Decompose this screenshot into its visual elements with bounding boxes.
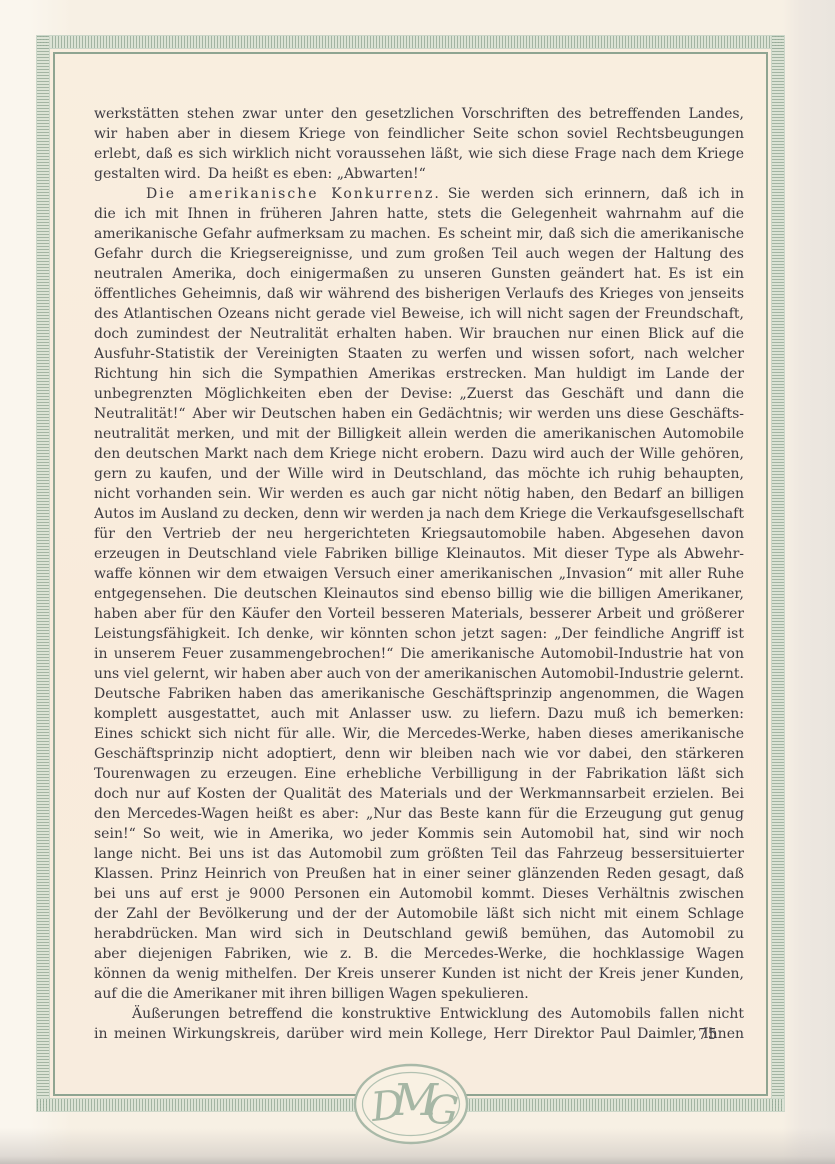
text-line: den Mercedes-Wagen heißt es aber: „Nur d… — [94, 804, 744, 824]
text-line: nicht vorhanden sein. Wir werden es auch… — [94, 484, 744, 504]
text-line: können da wenig mithelfen. Der Kreis uns… — [94, 964, 744, 984]
border-band-top — [36, 35, 785, 49]
dmg-monogram-oval: D M G — [352, 1063, 470, 1145]
text-line: die ich mit Ihnen in früheren Jahren hat… — [94, 204, 744, 224]
page-text: werkstätten stehen zwar unter den gesetz… — [94, 104, 744, 1044]
dmg-monogram: D M G — [352, 1063, 470, 1145]
text-line: gestalten wird. Da heißt es eben: „Abwar… — [94, 164, 744, 184]
text-line: der Zahl der Bevölkerung und der der Aut… — [94, 904, 744, 924]
text-line: aber diejenigen Fabriken, wie z. B. die … — [94, 944, 744, 964]
text-line: Die amerikanische Konkurrenz. Sie werden… — [94, 184, 744, 204]
text-line: erlebt, daß es sich wirklich nicht vorau… — [94, 144, 744, 164]
border-band-left — [36, 35, 50, 1112]
border-band-right — [771, 35, 785, 1112]
text-line: doch zumindest der Neutralität erhalten … — [94, 324, 744, 344]
text-line: haben aber für den Käufer den Vorteil be… — [94, 604, 744, 624]
text-line: in meinen Wirkungskreis, darüber wird me… — [94, 1024, 744, 1044]
text-line: auf die die Amerikaner mit ihren billige… — [94, 984, 744, 1004]
text-line: den deutschen Markt nach dem Kriege nich… — [94, 444, 744, 464]
page-number: 75 — [698, 1027, 717, 1043]
text-line: amerikanische Gefahr aufmerksam zu mache… — [94, 224, 744, 244]
text-line: erzeugen in Deutschland viele Fabriken b… — [94, 544, 744, 564]
text-line: doch nur auf Kosten der Qualität des Mat… — [94, 784, 744, 804]
text-line: wir haben aber in diesem Kriege von fein… — [94, 124, 744, 144]
text-line: Äußerungen betreffend die konstruktive E… — [94, 1004, 744, 1024]
text-line: Tourenwagen zu erzeugen. Eine erhebliche… — [94, 764, 744, 784]
text-line: Richtung hin sich die Sympathien Amerika… — [94, 364, 744, 384]
text-line: uns viel gelernt, wir haben aber auch vo… — [94, 664, 744, 684]
text-line: Autos im Ausland zu decken, denn wir wer… — [94, 504, 744, 524]
text-line: Gefahr durch die Kriegsereignisse, und z… — [94, 244, 744, 264]
text-line: sein!“ So weit, wie in Amerika, wo jeder… — [94, 824, 744, 844]
monogram-letter-g: G — [424, 1086, 460, 1135]
text-line: Eines schickt sich nicht für alle. Wir, … — [94, 724, 744, 744]
text-line: neutralen Amerika, doch einigermaßen zu … — [94, 264, 744, 284]
text-line: waffe können wir dem etwaigen Versuch ei… — [94, 564, 744, 584]
text-line: öffentliches Geheimnis, daß wir während … — [94, 284, 744, 304]
text-line: Ausfuhr-Statistik der Vereinigten Staate… — [94, 344, 744, 364]
text-line: lange nicht. Bei uns ist das Automobil z… — [94, 844, 744, 864]
scanned-book-page: werkstätten stehen zwar unter den gesetz… — [0, 0, 835, 1164]
text-line: komplett ausgestattet, auch mit Anlasser… — [94, 704, 744, 724]
text-line: in unserem Feuer zusammengebrochen!“ Die… — [94, 644, 744, 664]
text-line: werkstätten stehen zwar unter den gesetz… — [94, 104, 744, 124]
text-line: Neutralität!“ Aber wir Deutschen haben e… — [94, 404, 744, 424]
text-line: entgegensehen. Die deutschen Kleinautos … — [94, 584, 744, 604]
text-line: herabdrücken. Man wird sich in Deutschla… — [94, 924, 744, 944]
text-line: Deutsche Fabriken haben das amerikanisch… — [94, 684, 744, 704]
text-line: Leistungsfähigkeit. Ich denke, wir könnt… — [94, 624, 744, 644]
text-line: neutralität merken, und mit der Billigke… — [94, 424, 744, 444]
text-line: bei uns auf erst je 9000 Personen ein Au… — [94, 884, 744, 904]
paragraph-lead: Die amerikanische Konkurrenz. — [146, 186, 441, 202]
text-line: unbegrenzten Möglichkeiten eben der Devi… — [94, 384, 744, 404]
text-line: Klassen. Prinz Heinrich von Preußen hat … — [94, 864, 744, 884]
text-line: Geschäftsprinzip nicht adoptiert, denn w… — [94, 744, 744, 764]
text-line: des Atlantischen Ozeans nicht gerade vie… — [94, 304, 744, 324]
text-line: für den Vertrieb der neu hergerichteten … — [94, 524, 744, 544]
text-line: gern zu kaufen, und der Wille wird in De… — [94, 464, 744, 484]
